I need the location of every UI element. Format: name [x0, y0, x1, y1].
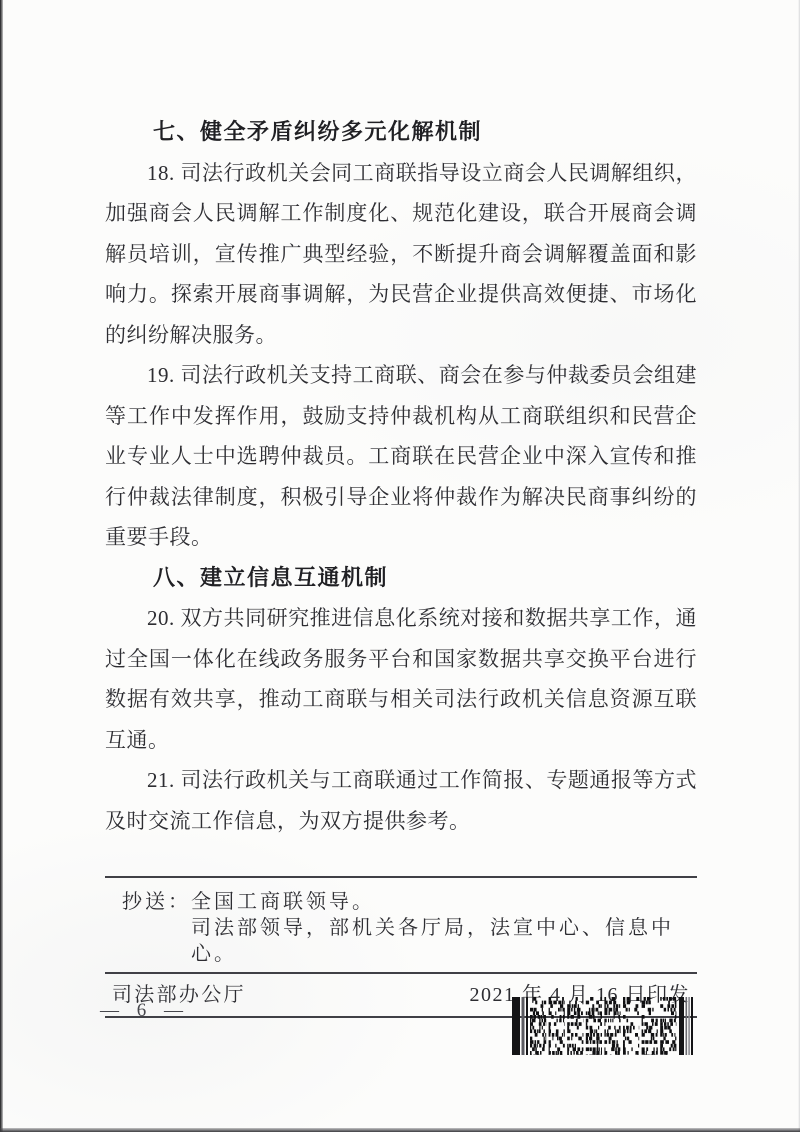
paragraph-21: 21. 司法行政机关与工商联通过工作简报、专题通报等方式及时交流工作信息，为双方…	[105, 760, 697, 841]
paragraph-19: 19. 司法行政机关支持工商联、商会在参与仲裁委员会组建等工作中发挥作用，鼓励支…	[105, 355, 697, 558]
cc-recipients-line2: 司法部领导，部机关各厅局，法宣中心、信息中心。	[191, 915, 697, 967]
cc-recipients-line1: 全国工商联领导。	[191, 891, 375, 913]
page-number: — 6 —	[100, 1000, 187, 1022]
section-heading-7: 七、健全矛盾纠纷多元化解机制	[105, 112, 697, 153]
scan-edge-left	[0, 0, 3, 1132]
paragraph-18: 18. 司法行政机关会同工商联指导设立商会人民调解组织，加强商会人民调解工作制度…	[105, 153, 697, 356]
scanned-page: 七、健全矛盾纠纷多元化解机制 18. 司法行政机关会同工商联指导设立商会人民调解…	[0, 0, 800, 1132]
scan-edge-bottom	[0, 1128, 800, 1132]
barcode-pdf417	[512, 997, 693, 1055]
cc-line-1: 抄送：全国工商联领导。	[122, 889, 697, 915]
paragraph-20: 20. 双方共同研究推进信息化系统对接和数据共享工作，通过全国一体化在线政务服务…	[105, 598, 697, 760]
cc-block: 抄送：全国工商联领导。 司法部领导，部机关各厅局，法宣中心、信息中心。	[105, 878, 697, 972]
cc-label: 抄送：	[122, 891, 191, 913]
section-heading-8: 八、建立信息互通机制	[105, 558, 697, 599]
document-body: 七、健全矛盾纠纷多元化解机制 18. 司法行政机关会同工商联指导设立商会人民调解…	[105, 112, 697, 841]
